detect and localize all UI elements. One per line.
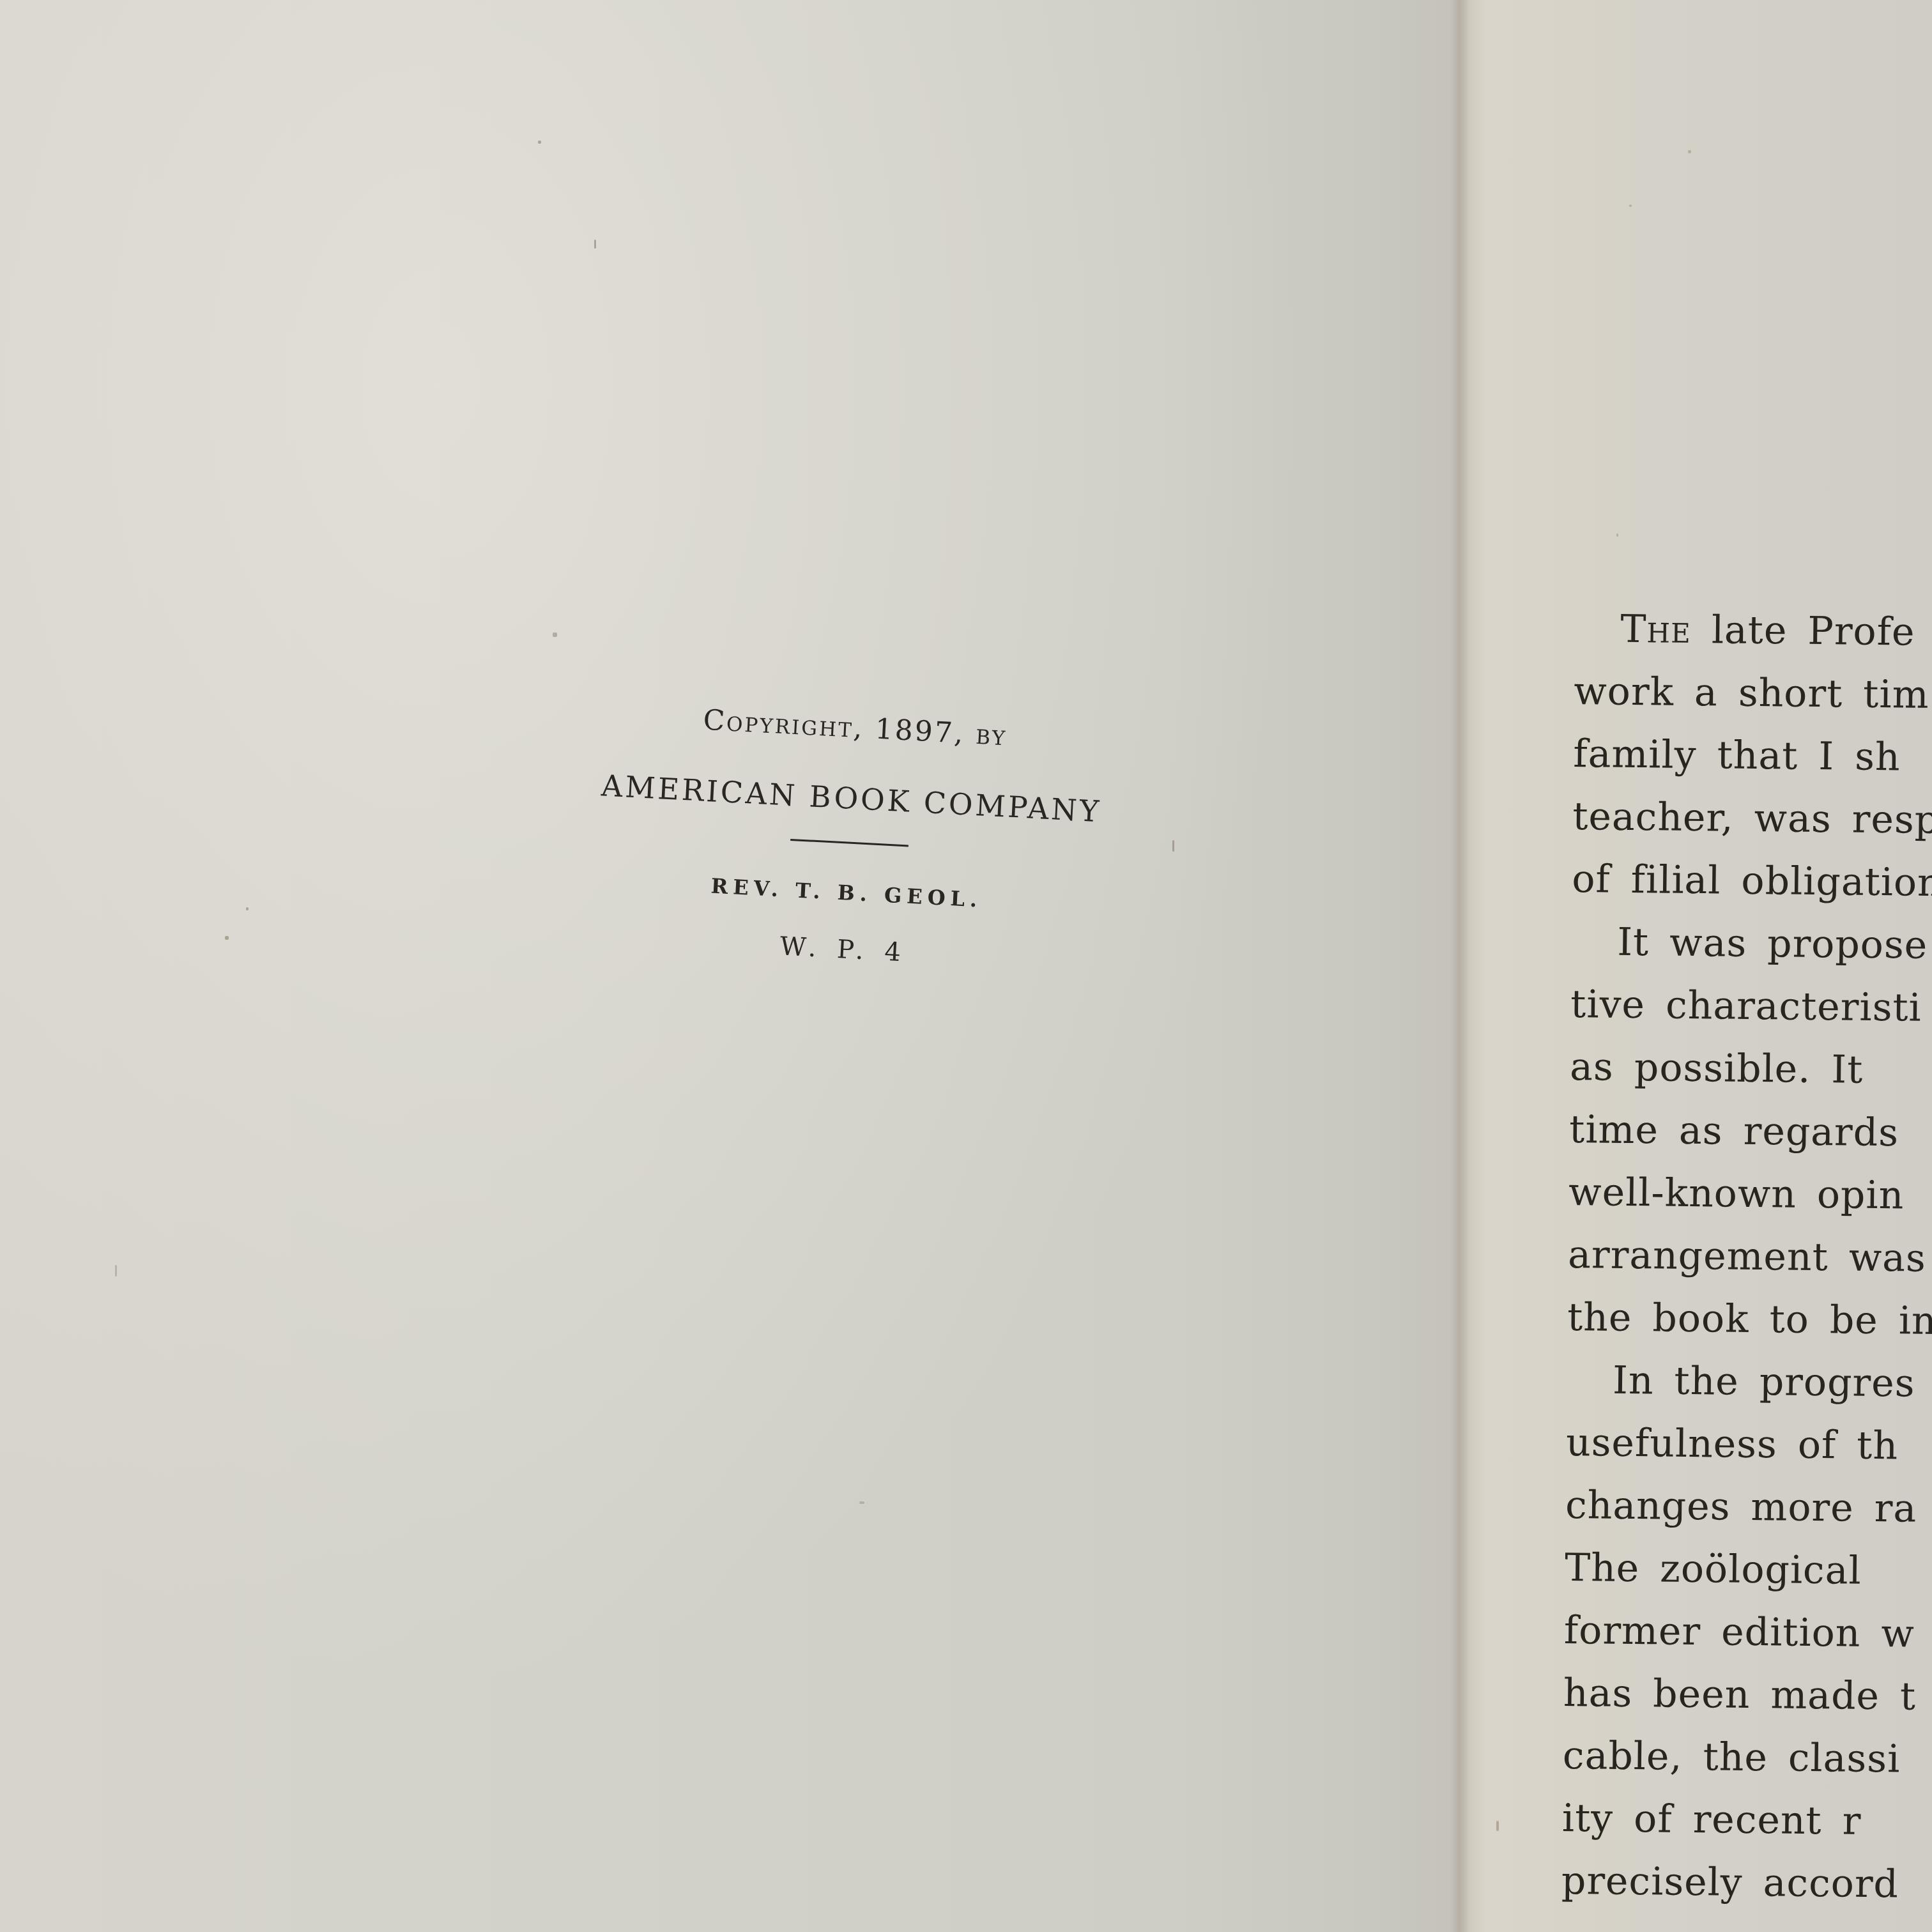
paper-fleck bbox=[246, 907, 249, 910]
open-book-spread: Copyright, 1897, by AMERICAN BOOK COMPAN… bbox=[0, 0, 1932, 1932]
text-line: usefulness of th bbox=[1566, 1411, 1932, 1480]
copyright-block: Copyright, 1897, by AMERICAN BOOK COMPAN… bbox=[588, 696, 1112, 979]
paper-fleck bbox=[594, 240, 596, 249]
drop-lead-word: The bbox=[1620, 607, 1691, 652]
text-line: It was propose bbox=[1571, 910, 1932, 979]
paper-fleck bbox=[538, 141, 541, 144]
text-line: teacher, was resp bbox=[1572, 785, 1932, 854]
text-line: In the progres bbox=[1567, 1349, 1932, 1417]
text-line: arrangement was bbox=[1568, 1223, 1932, 1292]
text-line: precisely accord bbox=[1561, 1850, 1932, 1918]
paper-fleck bbox=[225, 936, 229, 940]
paper-fleck bbox=[1629, 204, 1632, 207]
preface-text: The late Profe work a short tim family t… bbox=[1561, 597, 1932, 1918]
text-line: of filial obligation bbox=[1572, 848, 1932, 916]
text-line: cable, the classi bbox=[1563, 1724, 1932, 1793]
book-gutter bbox=[1450, 0, 1469, 1932]
text-line: time as regards bbox=[1569, 1098, 1932, 1167]
edition-designation: REV. T. B. GEOL. bbox=[590, 866, 1102, 921]
text-line: The zoölogical bbox=[1565, 1537, 1932, 1605]
paper-fleck bbox=[1688, 150, 1691, 153]
text-line: work a short tim bbox=[1574, 660, 1932, 728]
text-line: well-known opin bbox=[1568, 1161, 1932, 1229]
text-line: the book to be in bbox=[1567, 1286, 1932, 1354]
paper-fleck bbox=[1496, 1821, 1499, 1831]
text-line: former edition w bbox=[1564, 1599, 1932, 1667]
paper-fleck bbox=[115, 1265, 117, 1276]
publisher-name: AMERICAN BOOK COMPANY bbox=[595, 766, 1108, 831]
text-line: family that I sh bbox=[1573, 723, 1932, 791]
left-page: Copyright, 1897, by AMERICAN BOOK COMPAN… bbox=[0, 0, 1460, 1932]
divider-rule bbox=[790, 839, 908, 847]
text-line: tive characteristi bbox=[1570, 973, 1932, 1041]
print-code: W. P. 4 bbox=[588, 921, 1100, 979]
paper-fleck bbox=[553, 632, 557, 637]
text-line: has been made t bbox=[1563, 1662, 1932, 1730]
copyright-notice: Copyright, 1897, by bbox=[599, 696, 1111, 761]
text-line: ity of recent r bbox=[1561, 1787, 1932, 1855]
paper-fleck bbox=[1172, 840, 1174, 852]
text-line: changes more ra bbox=[1565, 1474, 1932, 1542]
text-line: as possible. It bbox=[1570, 1036, 1932, 1104]
paper-fleck bbox=[1616, 533, 1618, 537]
paper-fleck bbox=[859, 1501, 864, 1504]
text-line: The late Profe bbox=[1574, 597, 1932, 666]
